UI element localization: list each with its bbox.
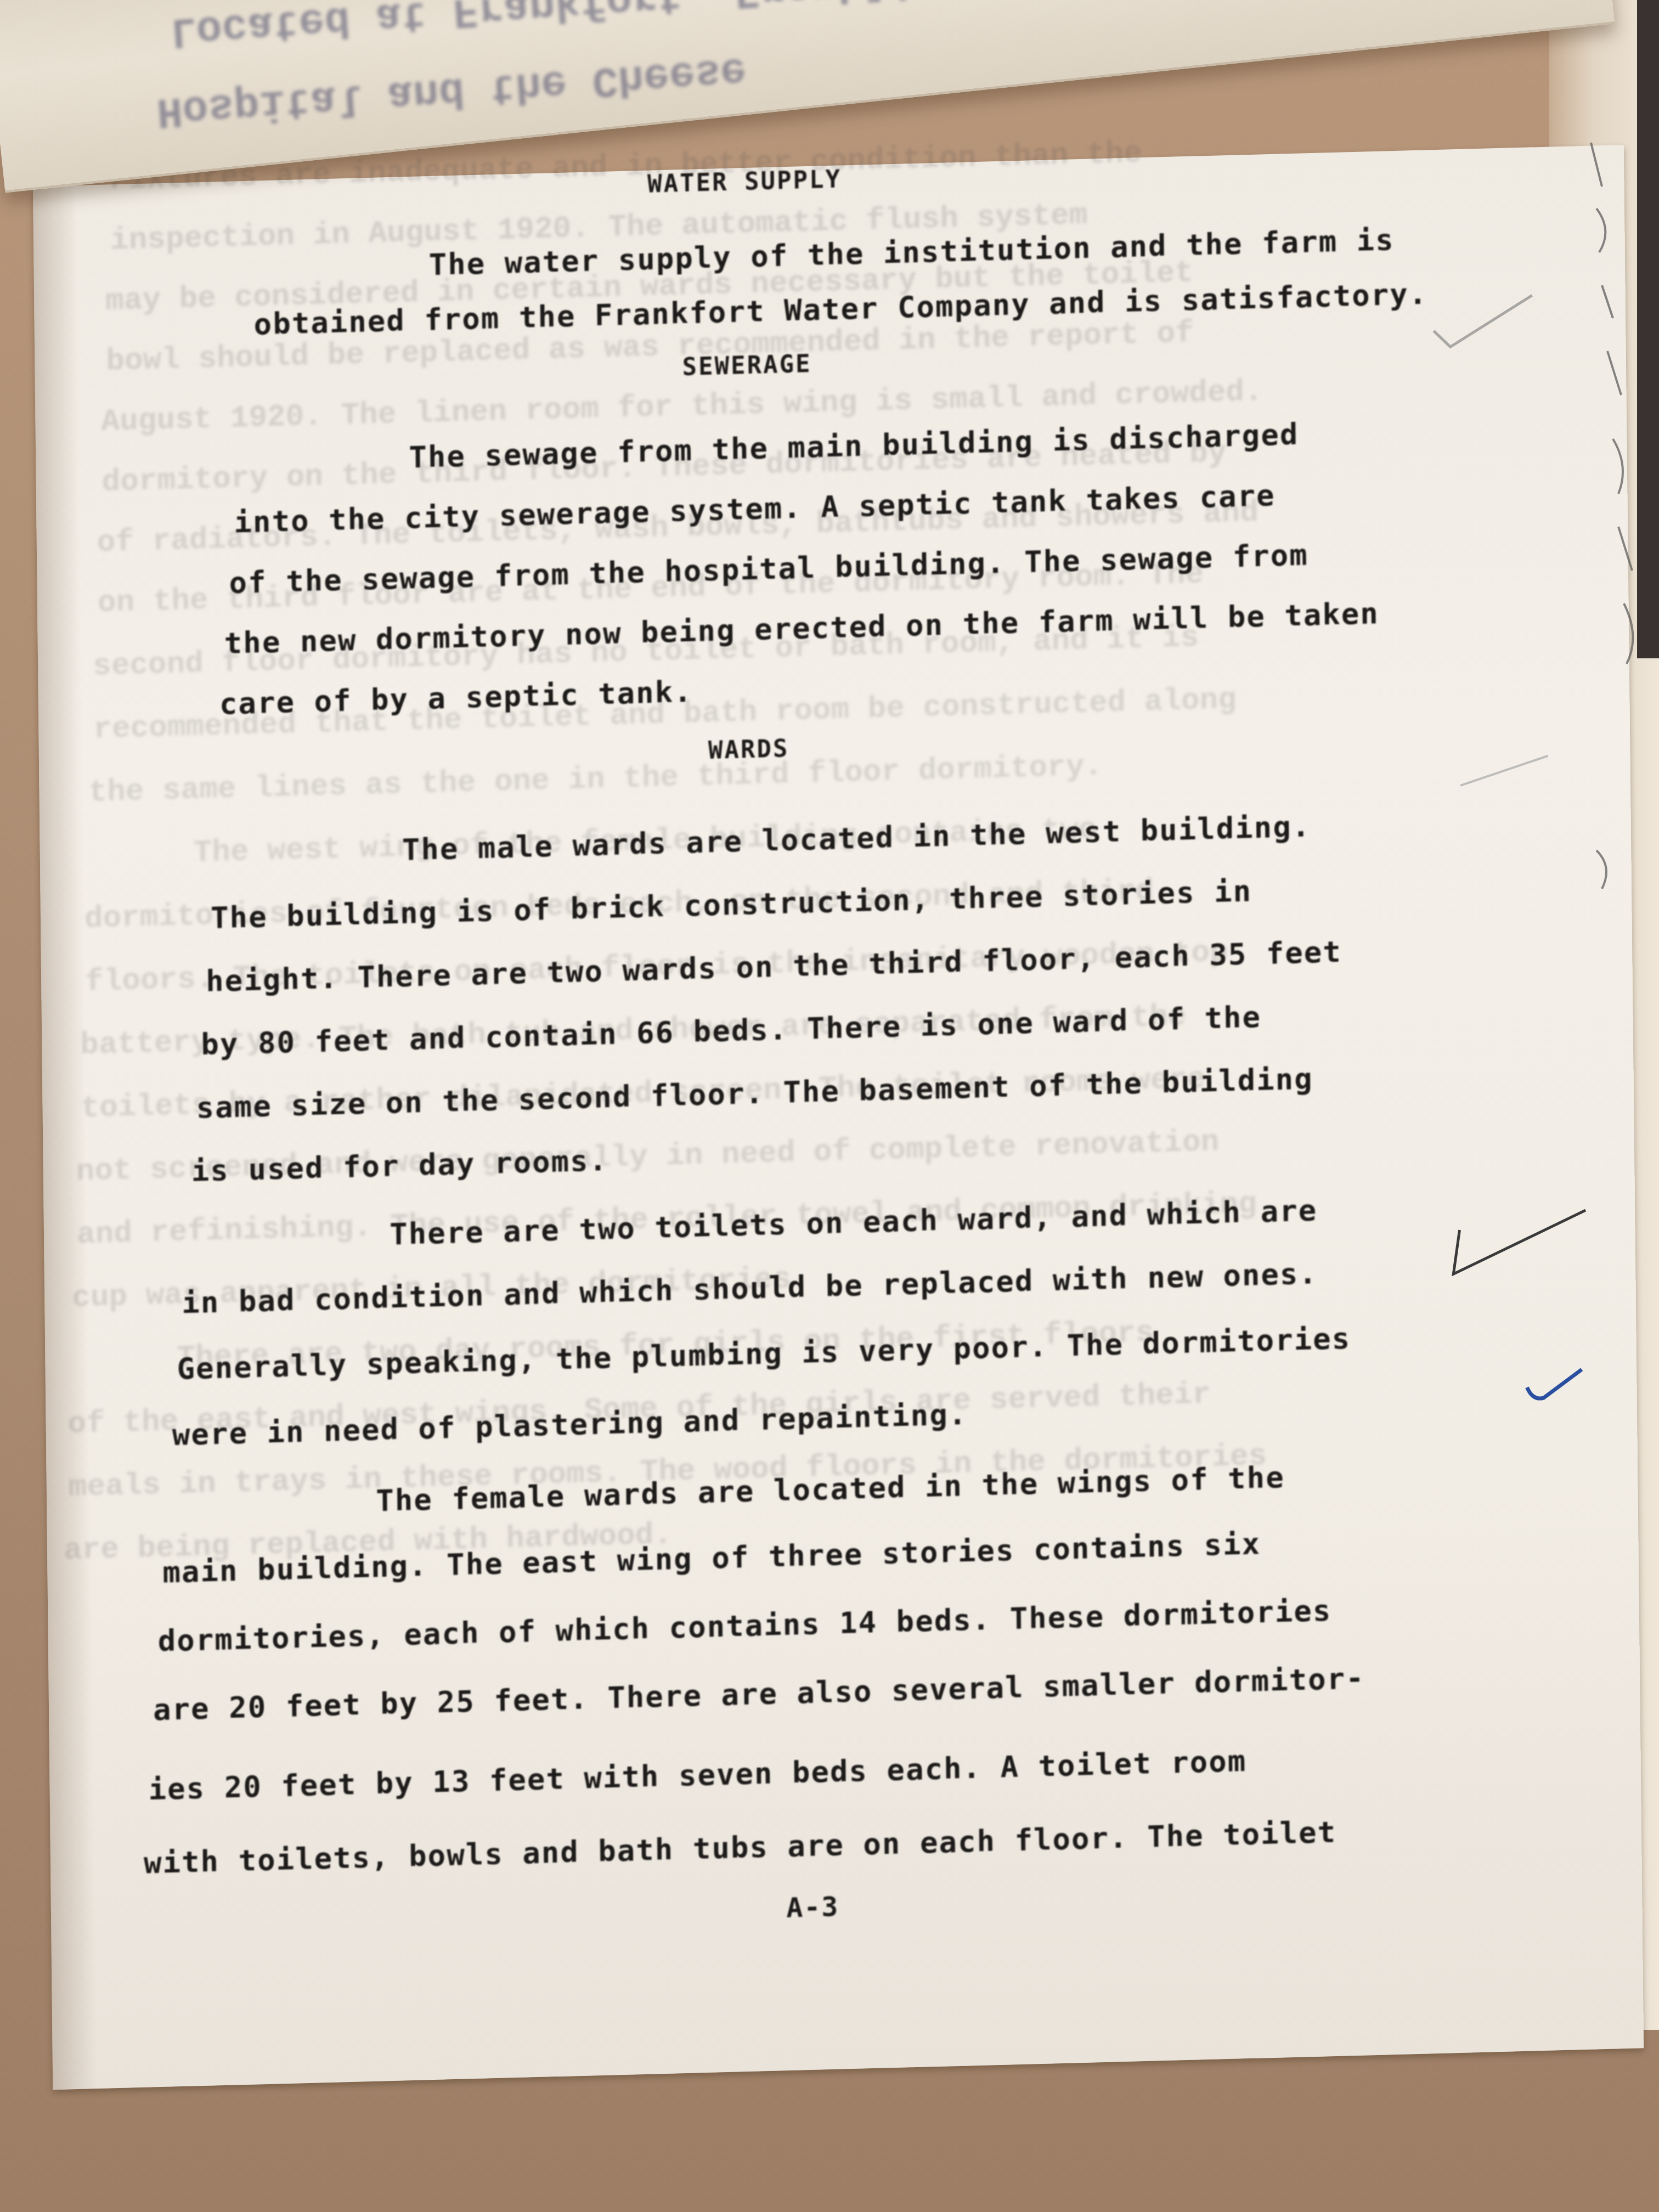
pencil-check-icon [1448,1205,1592,1291]
photo-scene: Fixtures are inadequate and in better co… [0,0,1659,2212]
section-heading-water-supply: WATER SUPPLY [647,165,842,198]
curled-page-line: Located at Frankfort, Franklin County on… [169,0,1453,55]
body-line: are 20 feet by 25 feet. There are also s… [153,1661,1365,1727]
section-heading-wards: WARDS [708,735,789,765]
page-shadow [33,185,97,2090]
body-line: dormitories, each of which contains 14 b… [157,1593,1331,1658]
body-line: with toilets, bowls and bath tubs are on… [144,1815,1337,1881]
blue-check-icon [1521,1358,1588,1409]
body-line: The building is of brick construction, t… [211,873,1252,935]
body-line: ies 20 feet by 13 feet with seven beds e… [148,1743,1246,1806]
margin-handwriting-icon [1580,110,1657,933]
section-heading-sewerage: SEWERAGE [682,350,811,381]
body-line: height. There are two wards on the third… [206,934,1342,998]
body-line: by 80 feet and contain 66 beds. There is… [201,999,1261,1062]
pencil-mark-icon [1454,751,1554,797]
pencil-check-icon [1428,290,1538,358]
page-number: A-3 [786,1891,839,1925]
body-line: same size on the second floor. The basem… [196,1061,1313,1125]
bleed-through-line: the same lines as the one in the third f… [88,748,1103,810]
typewritten-page: Fixtures are inadequate and in better co… [33,145,1644,2090]
curled-page-line: Hospital and the Cheese [155,46,748,136]
